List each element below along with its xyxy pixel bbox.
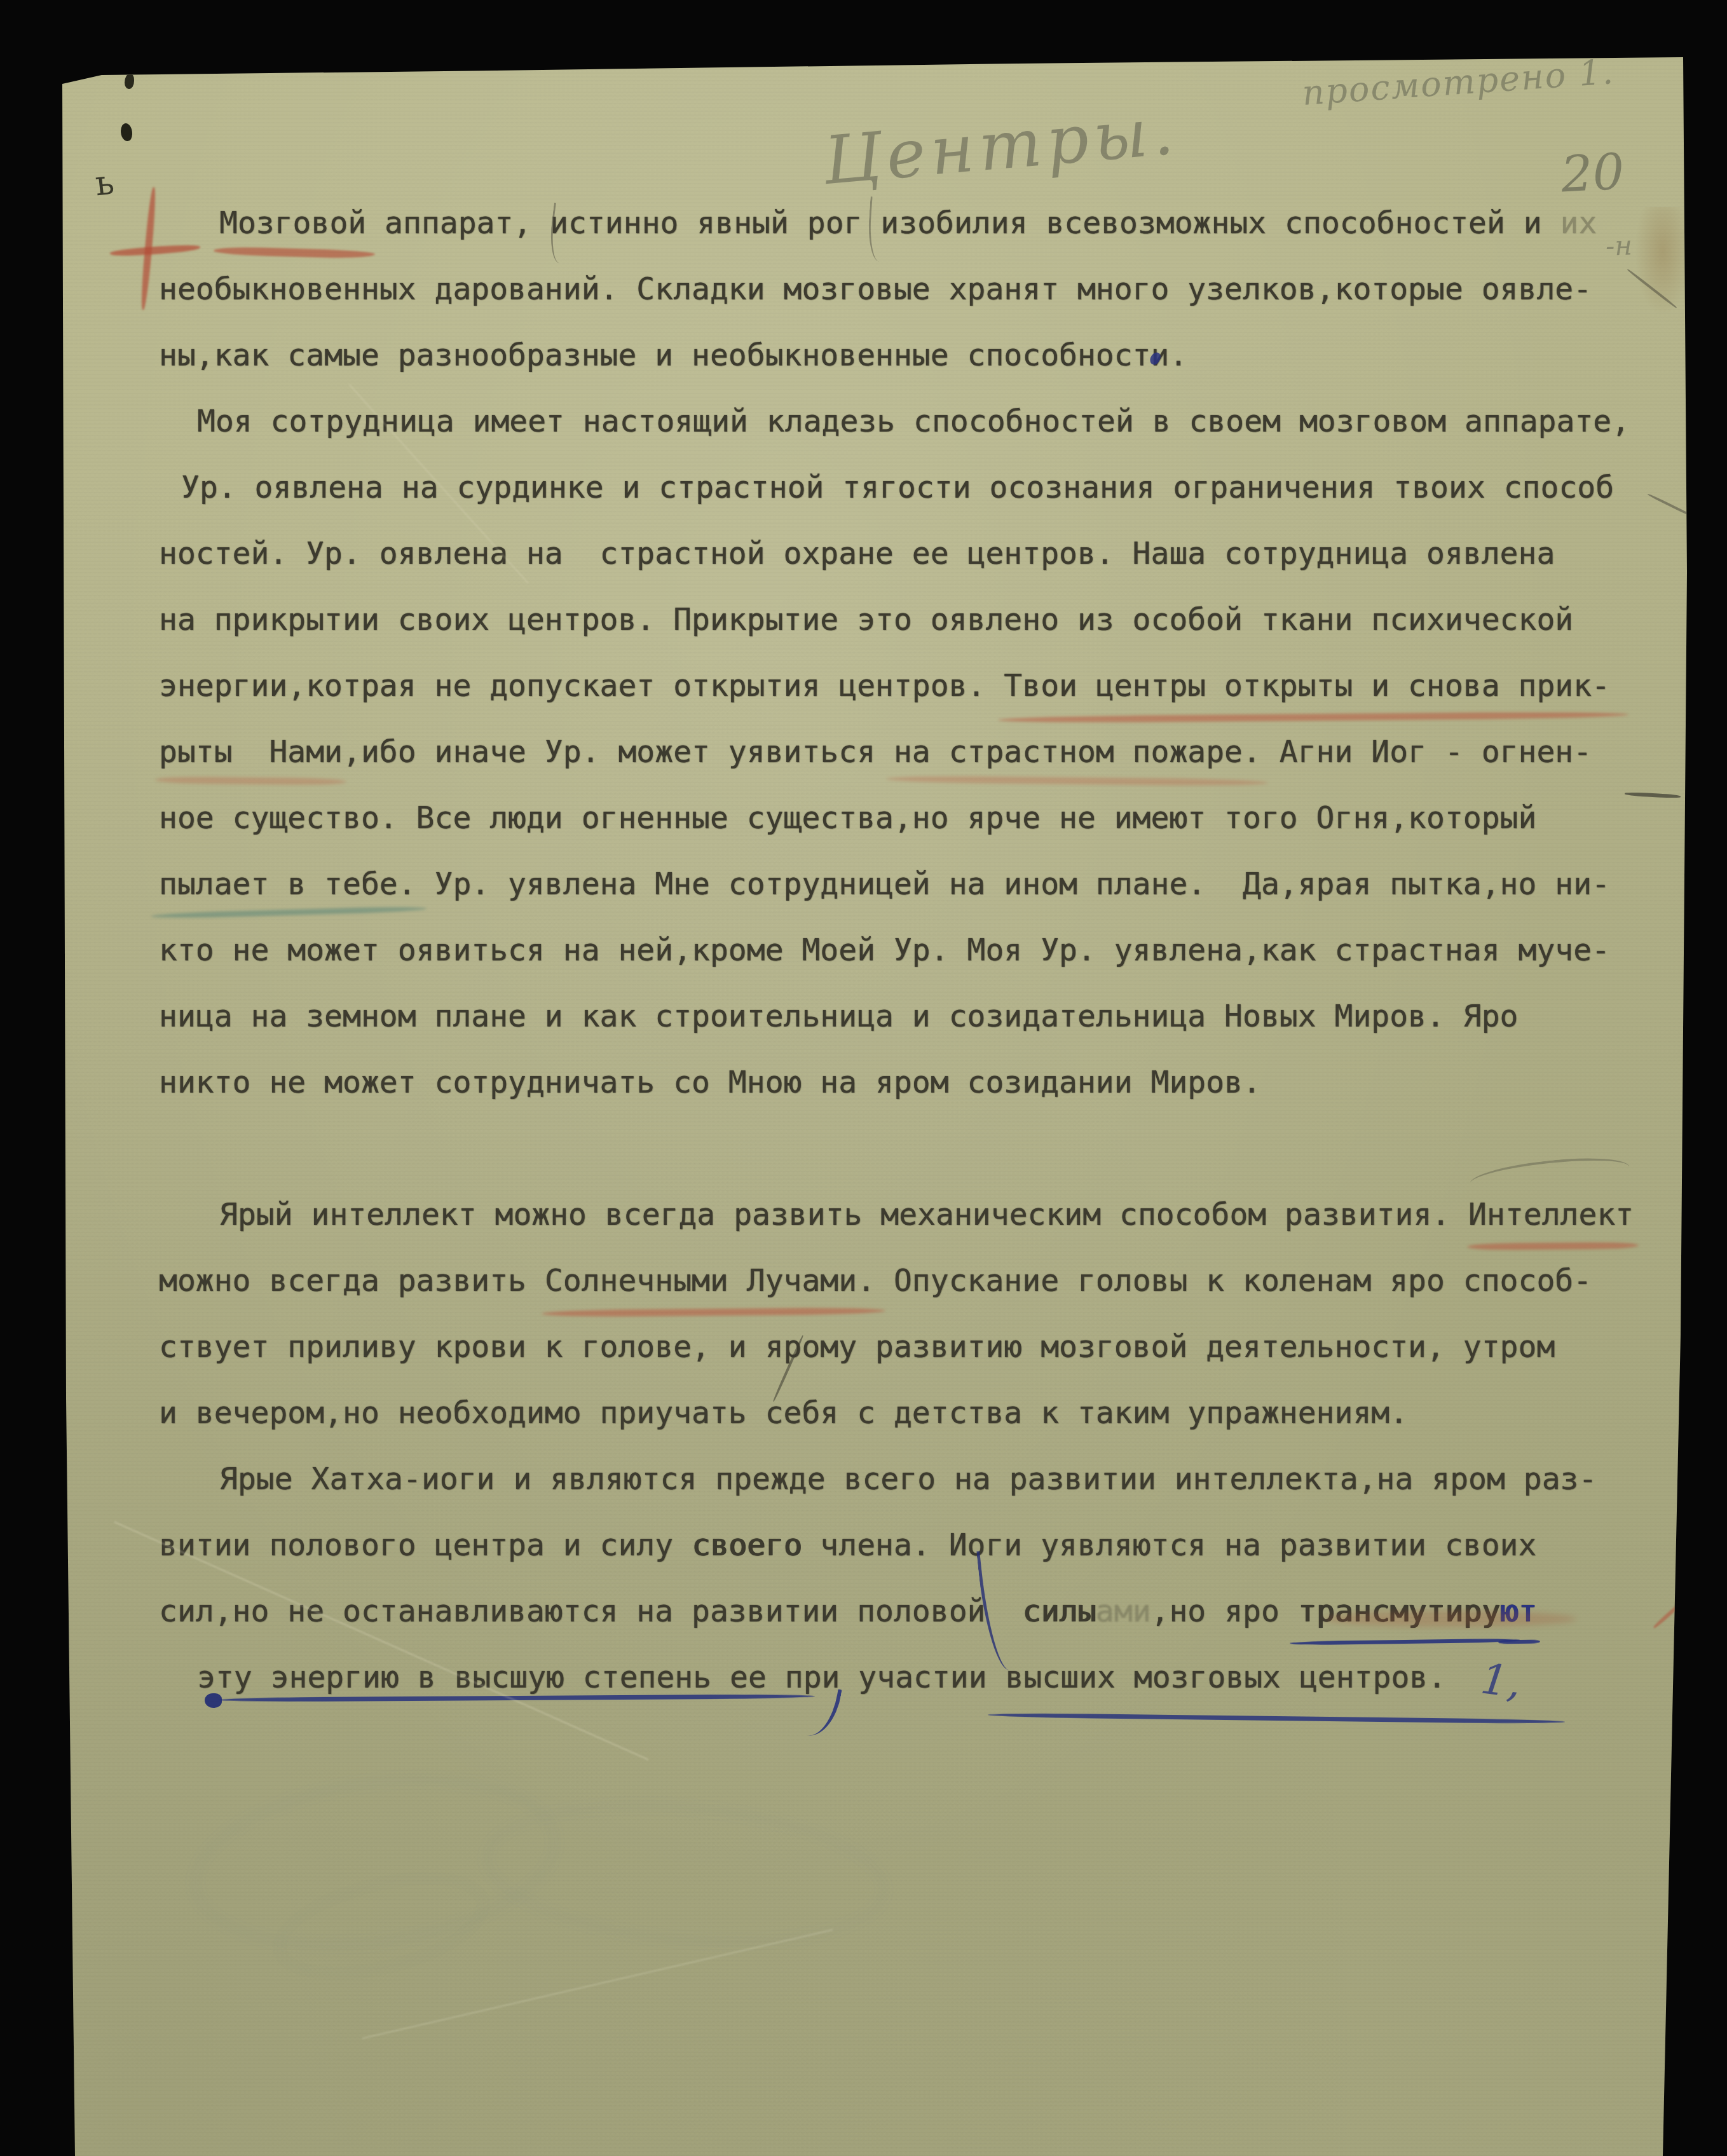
text-line: Ярый интеллект можно всегда развить меха… <box>219 1192 1634 1237</box>
annotated-typed-text: ют <box>1500 1589 1537 1634</box>
text-line: кто не может оявиться на ней,кроме Моей … <box>159 928 1610 972</box>
paper-crease <box>114 1521 649 1761</box>
pencil-dash <box>1625 792 1681 799</box>
annotated-typed-text: их <box>1560 201 1597 245</box>
paper-crease <box>349 384 529 583</box>
annotated-typed-text: трансмутиру <box>1298 1589 1500 1634</box>
annotated-typed-text: силы <box>1022 1589 1096 1634</box>
typed-text: Агни Иог - огнен- <box>1261 730 1592 774</box>
text-line: сил,но не останавливаются на развитии по… <box>159 1589 1536 1634</box>
blue-ink-underline <box>988 1712 1565 1724</box>
pencil-arc <box>1468 1152 1630 1198</box>
annotated-typed-text: Интеллект <box>1468 1192 1634 1237</box>
blue-ink-hook <box>804 1685 842 1740</box>
text-line: необыкновенных дарований. Складки мозгов… <box>159 267 1592 311</box>
ink-blob <box>121 123 132 141</box>
red-cross-mark <box>140 187 158 310</box>
typed-text: ное существо. Все люди огненные существа… <box>159 796 1536 840</box>
ink-ghost-impression <box>181 1755 570 1970</box>
blue-ink-underline <box>219 1694 815 1702</box>
text-line: ствует приливу крови к голове, и ярому р… <box>159 1325 1555 1369</box>
typed-text: Ур. уявлена Мне сотрудницей на ином план… <box>416 862 1610 906</box>
typed-text: энергии,котрая не допускает открытия цен… <box>159 664 1004 708</box>
typed-text: витии полового центра и силу <box>159 1523 692 1567</box>
annotated-typed-text: пылает в тебе. <box>159 862 416 906</box>
typed-text: ностей. Ур. оявлена на страстной охране … <box>159 531 1555 576</box>
annotated-typed-text: ами <box>1096 1589 1151 1634</box>
typed-text: аппарат, истинно явный рог изобилия всев… <box>366 201 1560 245</box>
blue-ink-dot <box>1149 351 1161 366</box>
text-line: ница на земном плане и как строительница… <box>159 994 1518 1039</box>
typed-text: ,ибо иначе Ур. может уявиться <box>343 730 894 774</box>
text-line: никто не может сотрудничать со Мною на я… <box>159 1060 1261 1105</box>
pencil-paren-mark <box>866 196 890 263</box>
text-line: Ярые Хатха-иоги и являются прежде всего … <box>219 1457 1597 1501</box>
typed-text: Опускание головы к коленам яро способ- <box>875 1259 1592 1303</box>
red-pencil-smudge <box>1323 1611 1576 1627</box>
text-line: Мозговой аппарат, истинно явный рог изоб… <box>219 201 1597 245</box>
typed-text: Ярые Хатха-иоги и являются прежде всего … <box>219 1457 1597 1501</box>
typed-text: можно всегда развить <box>159 1259 545 1303</box>
typed-text: на прикрытии своих центров. Прикрытие эт… <box>159 597 1573 642</box>
ink-blob <box>125 74 134 89</box>
blue-ink-blob <box>205 1693 222 1708</box>
typed-text: необыкновенных дарований. Складки мозгов… <box>159 267 1592 311</box>
text-line: ное существо. Все люди огненные существа… <box>159 796 1536 840</box>
left-edge-ink-hook: ь <box>93 162 116 204</box>
text-line: витии полового центра и силу своего член… <box>159 1523 1536 1567</box>
scanned-document-canvas: Центры. просмотрено 1. 20 -н 1, ь Мозгов… <box>0 0 1727 2156</box>
typed-text: Моя сотрудница имеет настоящий кладезь с… <box>197 399 1630 444</box>
handwritten-page-number: 20 <box>1560 143 1626 203</box>
text-line: Моя сотрудница имеет настоящий кладезь с… <box>197 399 1630 444</box>
typed-text: ница на земном плане и как строительница… <box>159 994 1518 1039</box>
handwritten-blue-mark: 1, <box>1478 1654 1524 1707</box>
text-line: Ур. оявлена на сурдинке и страстной тяго… <box>181 465 1614 510</box>
typed-text: никто не может сотрудничать со Мною на я… <box>159 1060 1261 1105</box>
typed-text: кто не может оявиться на ней,кроме Моей … <box>159 928 1610 972</box>
pencil-paren-mark <box>547 203 572 264</box>
text-line: ны,как самые разнообразные и необыкновен… <box>159 333 1187 378</box>
text-line: на прикрытии своих центров. Прикрытие эт… <box>159 597 1573 642</box>
blue-ink-insertion-mark <box>976 1548 1014 1672</box>
annotated-typed-text: Мозговой <box>219 201 366 245</box>
text-line: пылает в тебе. Ур. уявлена Мне сотрудниц… <box>159 862 1610 906</box>
annotated-typed-text: своего <box>692 1523 802 1567</box>
handwritten-review-note: просмотрено 1. <box>1300 51 1615 113</box>
pencil-stroke <box>1627 268 1677 308</box>
text-line: можно всегда развить Солнечными Лучами. … <box>159 1259 1592 1303</box>
paper-stain <box>1635 207 1691 317</box>
ink-ghost-impression <box>266 1857 497 1995</box>
handwritten-insertion-mark: -н <box>1605 229 1633 261</box>
text-line: эту энергию в высшую степень ее при учас… <box>197 1655 1446 1700</box>
text-line: рыты Нами,ибо иначе Ур. может уявиться н… <box>159 730 1592 774</box>
text-line: ностей. Ур. оявлена на страстной охране … <box>159 531 1555 576</box>
typed-text: сил,но не останавливаются на развитии по… <box>159 1589 1022 1634</box>
typed-text: Ярый интеллект можно всегда развить меха… <box>219 1192 1468 1237</box>
annotated-typed-text: Твои центры открыты и снова прик- <box>1004 664 1610 708</box>
annotated-typed-text: рыты Нами <box>159 730 343 774</box>
annotated-typed-text: Солнечными Лучами. <box>545 1259 875 1303</box>
text-line: и вечером,но необходимо приучать себя с … <box>159 1391 1408 1435</box>
annotated-typed-text: на страстном пожаре. <box>894 730 1261 774</box>
typed-text: ствует приливу крови к голове, и ярому р… <box>159 1325 1555 1369</box>
text-line: энергии,котрая не допускает открытия цен… <box>159 664 1610 708</box>
typed-text: и вечером,но необходимо приучать себя с … <box>159 1391 1408 1435</box>
handwritten-title: Центры. <box>821 92 1182 200</box>
pencil-slash <box>772 1335 804 1402</box>
typed-text: ны,как самые разнообразные и необыкновен… <box>159 333 1187 378</box>
typed-text: ,но яро <box>1151 1589 1298 1634</box>
ink-ghost-impression <box>478 1788 892 1960</box>
typed-text: Ур. оявлена на сурдинке и страстной тяго… <box>181 465 1614 510</box>
typed-text: члена. Иоги уявляются на развитии своих <box>802 1523 1536 1567</box>
pencil-dash <box>1647 493 1696 519</box>
paper-crease <box>362 1929 833 2040</box>
typed-text: эту энергию в высшую степень ее при учас… <box>197 1655 1446 1700</box>
paper-sheet: Центры. просмотрено 1. 20 -н 1, ь Мозгов… <box>0 0 1727 2156</box>
red-cross-mark <box>110 243 200 257</box>
red-pencil-slash <box>1653 1601 1684 1630</box>
